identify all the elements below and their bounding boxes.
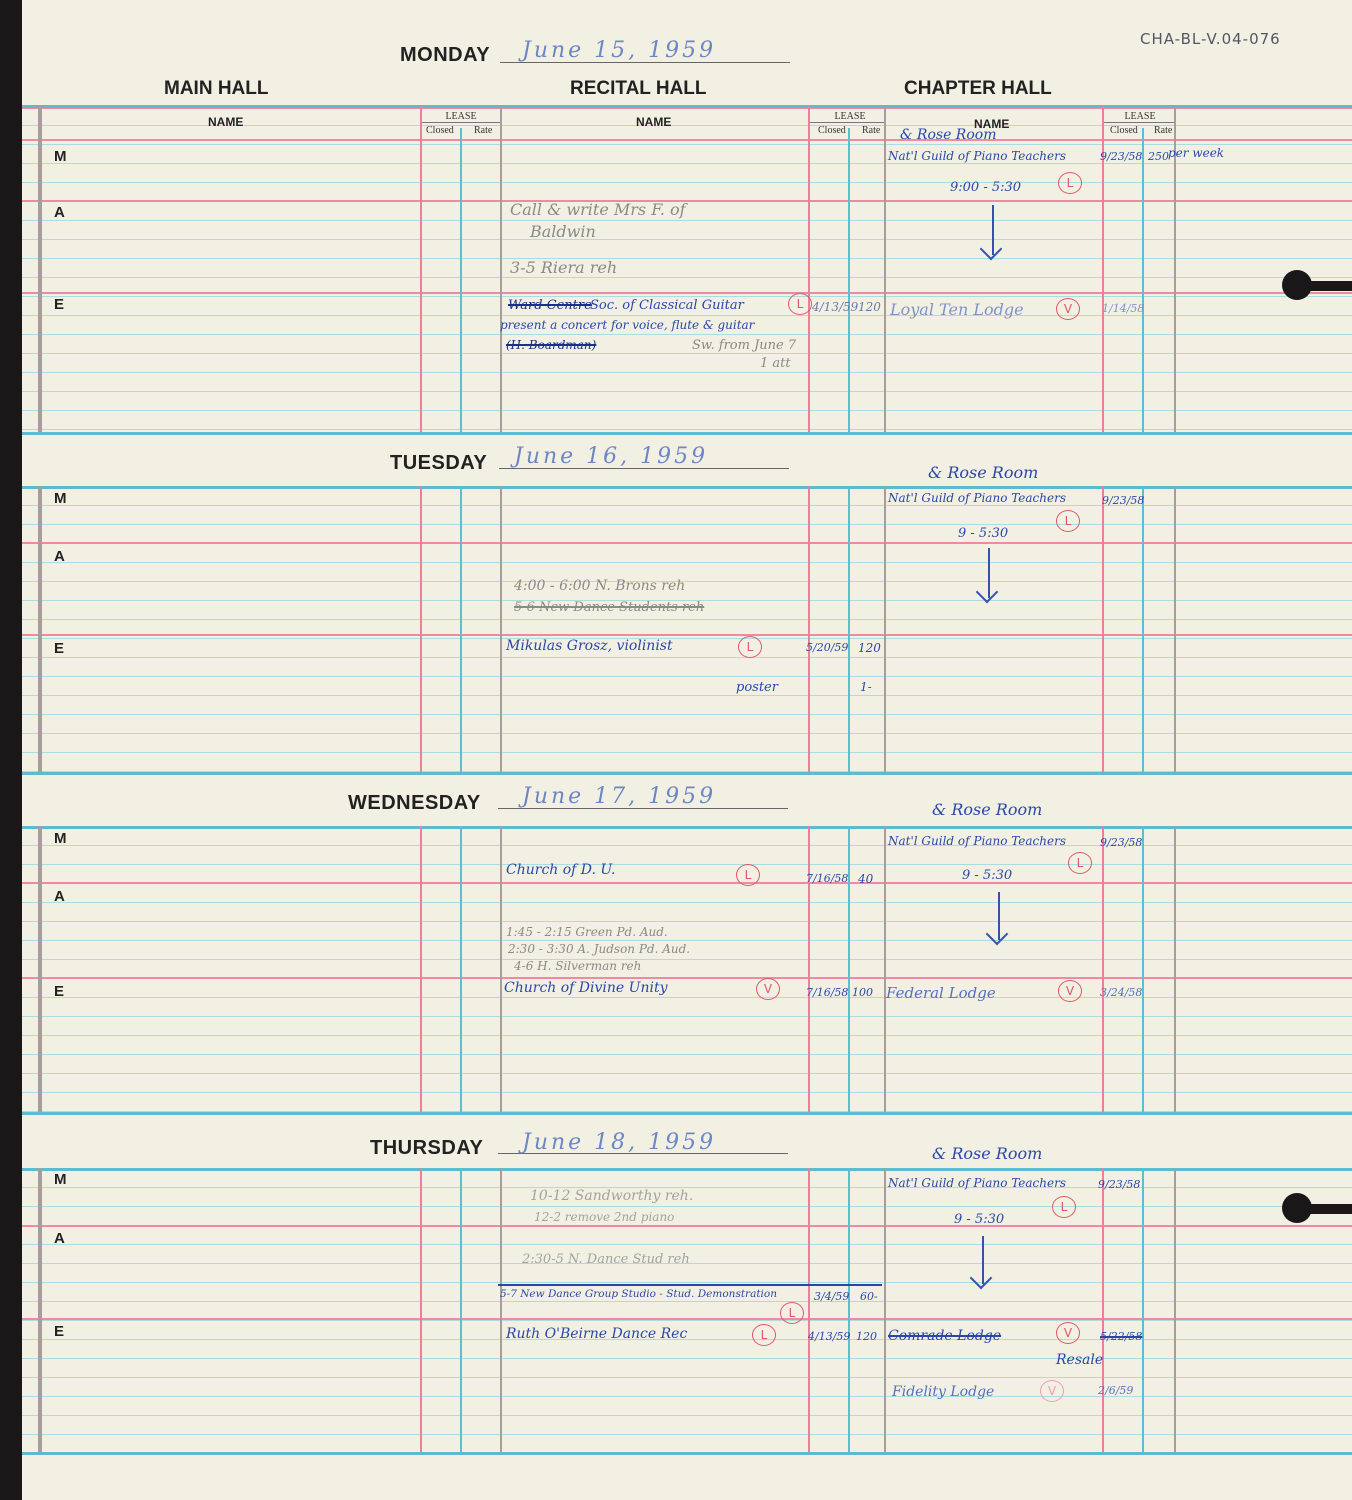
ledger-page: CHA-BL-V.04-076 MAIN HALL RECITAL HALL C… (22, 0, 1352, 1500)
monday-recital-rate: 120 (858, 300, 881, 314)
main-rate-header: Rate (474, 125, 492, 136)
day-label-tuesday: TUESDAY (390, 452, 487, 475)
tuesday-recital-closed: 5/20/59 (806, 641, 848, 654)
monday-chapter-morning-time: 9:00 - 5:30 (950, 180, 1021, 195)
wednesday-recital-note-2: 2:30 - 3:30 A. Judson Pd. Aud. (508, 942, 690, 956)
monday-chapter-closed: 9/23/58 (1100, 150, 1142, 163)
slot-morning: M (54, 1171, 67, 1188)
chapter-closed-header: Closed (1110, 125, 1138, 136)
thursday-recital-evening-closed: 4/13/59 (808, 1330, 850, 1343)
reference-id: CHA-BL-V.04-076 (1140, 30, 1281, 48)
chapter-hall-title: CHAPTER HALL (904, 78, 1052, 100)
thursday-chapter-morning-name: Nat'l Guild of Piano Teachers (888, 1176, 1066, 1190)
monday-recital-evening-struck: Ward Centre (508, 298, 592, 313)
wednesday-recital-evening-closed: 7/16/58 (806, 986, 848, 999)
monday-recital-evening-pencil-note: Sw. from June 7 (692, 338, 796, 353)
slot-afternoon: A (54, 548, 65, 565)
monday-recital-note-2: Baldwin (530, 222, 596, 241)
lease-check-mark: L (1068, 852, 1092, 874)
wednesday-chapter-closed: 9/23/58 (1100, 836, 1142, 849)
slot-evening: E (54, 640, 64, 657)
monday-recital-evening-pencil-note-2: 1 att (760, 356, 791, 371)
lease-check-mark: V (1040, 1380, 1064, 1402)
slot-morning: M (54, 148, 67, 165)
divider-line (498, 1284, 882, 1286)
thursday-recital-note-2: 12-2 remove 2nd piano (534, 1210, 674, 1224)
wednesday-recital-note-3: 4-6 H. Silverman reh (514, 959, 641, 973)
day-label-thursday: THURSDAY (370, 1137, 483, 1160)
wednesday-chapter-morning-name: Nat'l Guild of Piano Teachers (888, 834, 1066, 848)
recital-name-header: NAME (636, 115, 671, 129)
lease-check-mark: L (738, 636, 762, 658)
tuesday-chapter-morning-name: Nat'l Guild of Piano Teachers (888, 491, 1066, 505)
monday-chapter-evening-name: Loyal Ten Lodge (890, 300, 1024, 319)
thursday-chapter-evening-struck-name: Comrade Lodge (888, 1328, 1001, 1344)
monday-chapter-morning-name: Nat'l Guild of Piano Teachers (888, 149, 1066, 163)
monday-recital-evening-line2: present a concert for voice, flute & gui… (500, 318, 754, 332)
recital-rate-header: Rate (862, 125, 880, 136)
wednesday-chapter-evening-closed: 3/24/58 (1100, 986, 1142, 999)
tuesday-recital-note-1: 4:00 - 6:00 N. Brons reh (514, 578, 685, 594)
recital-lease-header: LEASE (810, 111, 890, 122)
lease-check-mark: L (780, 1302, 804, 1324)
date-tuesday: June 16, 1959 (514, 444, 708, 469)
wednesday-recital-morning-name: Church of D. U. (506, 862, 615, 878)
wednesday-recital-evening-rate: 100 (852, 986, 873, 999)
main-hall-title: MAIN HALL (164, 78, 268, 100)
thursday-recital-late-rate: 60- (860, 1290, 878, 1303)
thursday-recital-note-1: 10-12 Sandworthy reh. (530, 1188, 693, 1204)
slot-morning: M (54, 490, 67, 507)
slot-evening: E (54, 296, 64, 313)
chapter-lease-header: LEASE (1104, 111, 1176, 122)
lease-check-mark: V (1056, 298, 1080, 320)
recital-hall-title: RECITAL HALL (570, 78, 707, 100)
lease-check-mark: L (1058, 172, 1082, 194)
continuation-arrow-icon (998, 892, 1000, 940)
tuesday-chapter-morning-time: 9 - 5:30 (958, 526, 1008, 541)
wednesday-recital-morning-closed: 7/16/58 (806, 872, 848, 885)
tuesday-recital-extra-label: poster (736, 680, 778, 695)
continuation-arrow-icon (982, 1236, 984, 1284)
wednesday-recital-morning-rate: 40 (858, 872, 873, 886)
wednesday-recital-evening-name: Church of Divine Unity (504, 980, 667, 996)
tuesday-recital-extra-rate: 1- (860, 680, 872, 694)
slot-morning: M (54, 830, 67, 847)
lease-check-mark: L (1056, 510, 1080, 532)
continuation-arrow-icon (992, 205, 994, 255)
monday-recital-closed: 4/13/59 (812, 300, 858, 314)
binder-hole-slot (1302, 1204, 1352, 1214)
date-thursday: June 18, 1959 (522, 1130, 716, 1155)
day-label-monday: MONDAY (400, 44, 490, 67)
monday-recital-evening-struck-2: (H. Boardman) (506, 338, 596, 352)
main-lease-header: LEASE (422, 111, 500, 122)
lease-check-mark: V (1056, 1322, 1080, 1344)
thursday-chapter-resale-note: Resale (1056, 1352, 1103, 1368)
wednesday-chapter-room-note: & Rose Room (932, 800, 1042, 819)
wednesday-chapter-morning-time: 9 - 5:30 (962, 868, 1012, 883)
lease-check-mark: L (788, 293, 812, 315)
monday-chapter-evening-closed: 1/14/58 (1102, 302, 1144, 315)
thursday-recital-late-name: 5-7 New Dance Group Studio - Stud. Demon… (500, 1288, 777, 1300)
thursday-chapter-morning-time: 9 - 5:30 (954, 1212, 1004, 1227)
thursday-chapter-evening-name: Fidelity Lodge (892, 1384, 994, 1400)
continuation-arrow-icon (988, 548, 990, 598)
slot-afternoon: A (54, 888, 65, 905)
tuesday-chapter-room-note: & Rose Room (928, 463, 1038, 482)
main-name-header: NAME (208, 115, 243, 129)
slot-afternoon: A (54, 204, 65, 221)
slot-afternoon: A (54, 1230, 65, 1247)
lease-check-mark: V (756, 978, 780, 1000)
thursday-recital-note-3: 2:30-5 N. Dance Stud reh (522, 1252, 690, 1267)
tuesday-recital-note-struck: 5-6 New Dance Students reh (514, 600, 704, 615)
tuesday-recital-evening-name: Mikulas Grosz, violinist (506, 638, 673, 654)
date-wednesday: June 17, 1959 (522, 784, 716, 809)
monday-recital-evening-name: Soc. of Classical Guitar (590, 298, 744, 313)
thursday-recital-evening-name: Ruth O'Beirne Dance Rec (506, 1326, 687, 1342)
monday-recital-note-3: 3-5 Riera reh (510, 258, 617, 277)
chapter-rate-header: Rate (1154, 125, 1172, 136)
tuesday-chapter-closed: 9/23/58 (1102, 494, 1144, 507)
tuesday-recital-rate: 120 (858, 641, 881, 655)
main-closed-header: Closed (426, 125, 454, 136)
thursday-chapter-evening-struck-closed: 5/22/58 (1100, 1330, 1142, 1343)
thursday-recital-late-closed: 3/4/59 (814, 1290, 849, 1303)
monday-recital-note-1: Call & write Mrs F. of (510, 200, 686, 219)
lease-check-mark: L (736, 864, 760, 886)
monday-chapter-rate: 250 (1148, 150, 1169, 163)
lease-check-mark: L (1052, 1196, 1076, 1218)
date-monday: June 15, 1959 (522, 38, 716, 63)
monday-chapter-room-note: & Rose Room (900, 127, 996, 143)
recital-closed-header: Closed (818, 125, 846, 136)
thursday-chapter-evening-closed: 2/6/59 (1098, 1384, 1133, 1397)
lease-check-mark: L (752, 1324, 776, 1346)
thursday-chapter-room-note: & Rose Room (932, 1144, 1042, 1163)
binder-hole-slot (1302, 281, 1352, 291)
day-label-wednesday: WEDNESDAY (348, 792, 481, 815)
thursday-recital-evening-rate: 120 (856, 1330, 877, 1343)
thursday-chapter-closed: 9/23/58 (1098, 1178, 1140, 1191)
slot-evening: E (54, 1323, 64, 1340)
slot-evening: E (54, 983, 64, 1000)
lease-check-mark: V (1058, 980, 1082, 1002)
wednesday-chapter-evening-name: Federal Lodge (886, 984, 996, 1002)
monday-chapter-rate-note: per week (1168, 146, 1224, 160)
wednesday-recital-note-1: 1:45 - 2:15 Green Pd. Aud. (506, 925, 668, 939)
